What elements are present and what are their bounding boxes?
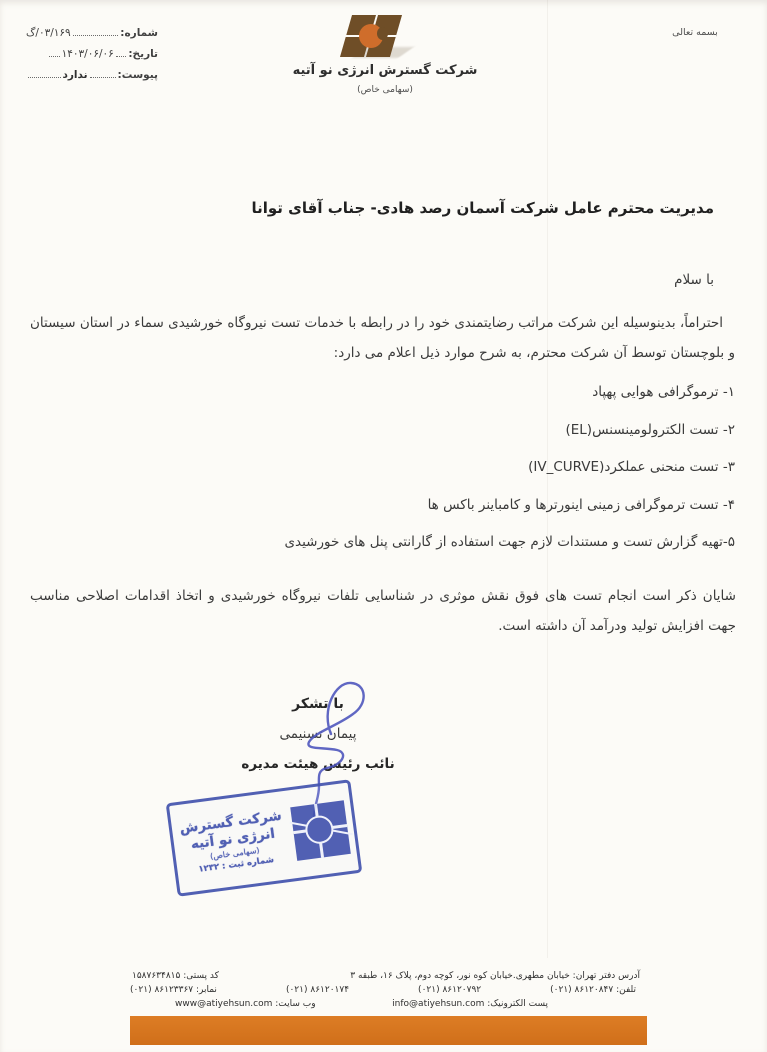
footer-postal-code: کد پستی: ۱۵۸۷۶۳۴۸۱۵ xyxy=(132,969,219,983)
recipient-line: مدیریت محترم عامل شرکت آسمان رصد هادی- ج… xyxy=(251,199,714,217)
letter-date-row: تاریخ: ۱۴۰۳/۰۶/۰۶ xyxy=(26,41,158,60)
dotted-leader xyxy=(28,77,61,78)
service-items-list: ۱- ترموگرافی هوایی پهپاد ۲- تست الکترولو… xyxy=(284,374,735,562)
closing-paragraph: شایان ذکر است انجام تست های فوق نقش موثر… xyxy=(30,581,736,641)
basmala-text: بسمه تعالی xyxy=(660,27,730,38)
letter-meta-block: شماره: ۰۳/۱۶۹/گ تاریخ: ۱۴۰۳/۰۶/۰۶ پیوست:… xyxy=(26,20,158,83)
number-label: شماره: xyxy=(120,27,158,39)
intro-paragraph: احتراماً، بدینوسیله این شرکت مراتب رضایت… xyxy=(30,308,735,368)
footer-email: پست الکترونیک: info@atiyehsun.com xyxy=(392,997,548,1011)
footer-accent-bar xyxy=(130,1016,647,1045)
footer-phone-line: تلفن: ۸۶۱۲۰۸۴۷ (۰۲۱) ۸۶۱۲۰۷۹۲ (۰۲۱) ۸۶۱۲… xyxy=(130,983,648,997)
footer-website: وب سایت: www@atiyehsun.com xyxy=(175,997,316,1011)
attachment-value: ندارد xyxy=(63,69,88,81)
dotted-leader xyxy=(116,56,127,57)
service-item: ۳- تست منحنی عملکرد(IV_CURVE) xyxy=(284,449,735,487)
dotted-leader xyxy=(49,56,60,57)
sun-notch xyxy=(377,27,388,40)
date-label: تاریخ: xyxy=(128,48,158,60)
company-logo xyxy=(336,13,426,63)
attachment-label: پیوست: xyxy=(118,69,158,81)
service-item: ۵-تهیه گزارش تست و مستندات لازم جهت استف… xyxy=(284,524,735,562)
dotted-leader xyxy=(90,77,116,78)
letter-number-row: شماره: ۰۳/۱۶۹/گ xyxy=(26,20,158,39)
date-value: ۱۴۰۳/۰۶/۰۶ xyxy=(62,48,114,60)
company-type: (سهامی خاص) xyxy=(290,85,480,95)
letter-attachment-row: پیوست: ندارد xyxy=(26,62,158,81)
stamp-sun-icon xyxy=(304,814,335,845)
scanned-letter-page: شماره: ۰۳/۱۶۹/گ تاریخ: ۱۴۰۳/۰۶/۰۶ پیوست:… xyxy=(0,0,767,1052)
service-item: ۱- ترموگرافی هوایی پهپاد xyxy=(284,374,735,412)
salutation: با سلام xyxy=(674,272,714,288)
stamp-solar-panel-icon xyxy=(290,800,351,861)
company-name: شرکت گسترش انرژی نو آتیه xyxy=(290,63,480,78)
stamp-text: شرکت گسترش انرژی نو آتیه (سهامی خاص) شما… xyxy=(173,807,293,878)
footer-fax: نمابر: ۸۶۱۲۳۳۶۷ (۰۲۱) xyxy=(130,983,217,997)
number-value: ۰۳/۱۶۹/گ xyxy=(26,27,71,39)
letterhead-footer: آدرس دفتر تهران: خیابان مطهری.خیابان کوه… xyxy=(130,969,648,1011)
footer-address: آدرس دفتر تهران: خیابان مطهری.خیابان کوه… xyxy=(350,969,640,983)
footer-phone: ۸۶۱۲۰۱۷۴ (۰۲۱) xyxy=(286,983,349,997)
company-stamp: شرکت گسترش انرژی نو آتیه (سهامی خاص) شما… xyxy=(166,779,363,896)
footer-address-line: آدرس دفتر تهران: خیابان مطهری.خیابان کوه… xyxy=(130,969,648,983)
footer-phone: تلفن: ۸۶۱۲۰۸۴۷ (۰۲۱) xyxy=(550,983,636,997)
footer-web-line: پست الکترونیک: info@atiyehsun.com وب سای… xyxy=(130,997,648,1011)
service-item: ۲- تست الکترولومینسنس(EL) xyxy=(284,412,735,450)
service-item: ۴- تست ترموگرافی زمینی اینورترها و کامبا… xyxy=(284,487,735,525)
footer-phone: ۸۶۱۲۰۷۹۲ (۰۲۱) xyxy=(418,983,481,997)
dotted-leader xyxy=(73,35,119,36)
